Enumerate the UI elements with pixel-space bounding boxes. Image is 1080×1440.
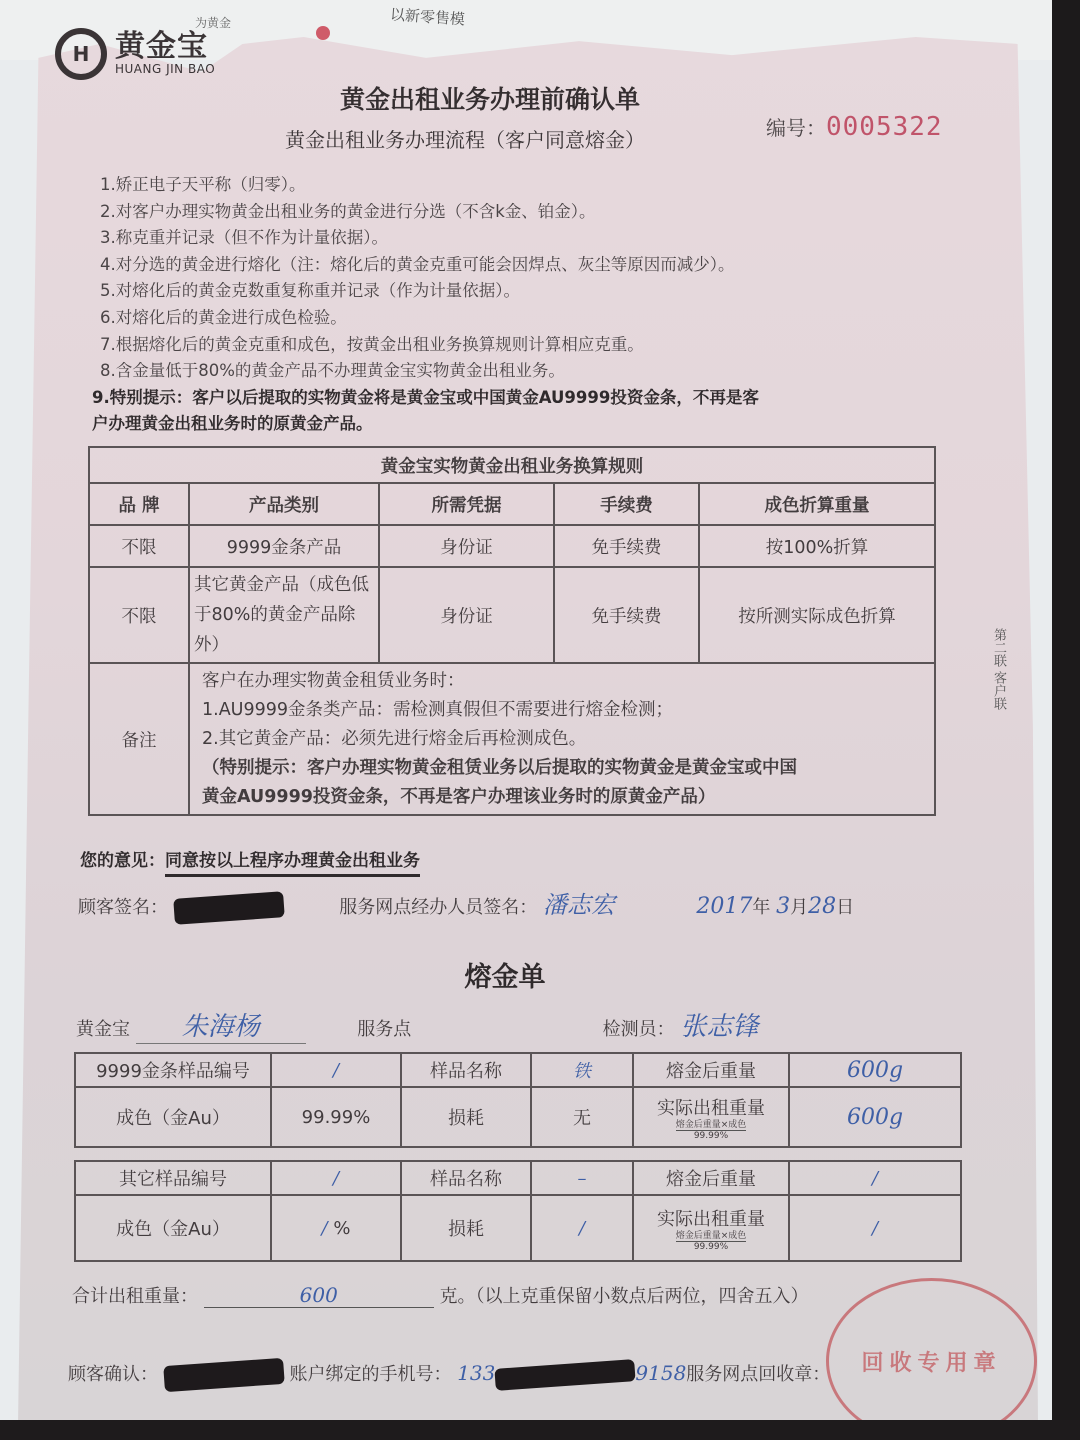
serial-value: 0005322	[826, 112, 943, 142]
stamp-label: 服务网点回收章：	[686, 1364, 830, 1385]
cell: /	[271, 1053, 401, 1087]
note-special-cont: 黄金AU9999投资金条，不再是客户办理该业务时的原黄金产品）	[202, 783, 930, 812]
pin-mark	[316, 26, 330, 40]
percent-unit: %	[333, 1218, 350, 1239]
header-cell: 成色折算重量	[699, 483, 935, 525]
opinion-text: 同意按以上程序办理黄金出租业务	[165, 851, 420, 877]
actual-weight-label: 实际出租重量	[636, 1094, 786, 1120]
cell: 600g	[789, 1087, 961, 1147]
step-item: 5.对熔化后的黄金克数重复称重并记录（作为计量依据）。	[100, 278, 759, 305]
redacted-signature	[173, 891, 285, 925]
header-cell: 产品类别	[189, 483, 379, 525]
total-value: 600	[204, 1283, 434, 1308]
service-point-label: 服务点	[357, 1019, 411, 1040]
table-header-row: 品 牌 产品类别 所需凭据 手续费 成色折算重量	[89, 483, 935, 525]
formula-denominator: 99.99%	[636, 1242, 786, 1252]
conversion-rules-table: 黄金宝实物黄金出租业务换算规则 品 牌 产品类别 所需凭据 手续费 成色折算重量…	[88, 446, 936, 816]
cell: 成色（金Au）	[75, 1087, 271, 1147]
special-notice-cont: 户办理黄金出租业务时的原黄金产品。	[92, 411, 759, 438]
cell: 99.99%	[271, 1087, 401, 1147]
total-suffix: 克。（以上克重保留小数点后两位，四舍五入）	[439, 1286, 808, 1307]
logo-icon: H	[55, 28, 107, 80]
cell: 身份证	[379, 525, 554, 567]
cell: 成色（金Au）	[75, 1195, 271, 1261]
special-notice: 9.特别提示：客户以后提取的实物黄金将是黄金宝或中国黄金AU9999投资金条，不…	[92, 385, 759, 412]
customer-confirmation: 顾客确认： 账户绑定的手机号： 1339158服务网点回收章：	[68, 1360, 830, 1388]
step-item: 8.含金量低于80%的黄金产品不办理黄金宝实物黄金出租业务。	[100, 358, 759, 385]
actual-weight-label: 实际出租重量	[636, 1205, 786, 1231]
cell: 实际出租重量 熔金后重量×成色 99.99%	[633, 1087, 789, 1147]
signature-line: 顾客签名： 服务网点经办人员签名： 潘志宏 2017年 3月28日	[78, 885, 854, 921]
notes-row: 备注 客户在办理实物黄金租赁业务时： 1.AU9999金条类产品：需检测真假但不…	[89, 663, 935, 815]
cell: 损耗	[401, 1195, 531, 1261]
confirm-label: 顾客确认：	[68, 1364, 158, 1385]
note-special: （特别提示：客户办理实物黄金租赁业务以后提取的实物黄金是黄金宝或中国	[202, 754, 930, 783]
cell: 不限	[89, 567, 189, 663]
step-item: 4.对分选的黄金进行熔化（注：熔化后的黄金克重可能会因焊点、灰尘等原因而减少）。	[100, 252, 759, 279]
table-row: 成色（金Au） / % 损耗 / 实际出租重量 熔金后重量×成色 99.99% …	[75, 1195, 961, 1261]
cell: 样品名称	[401, 1161, 531, 1195]
step-item: 6.对熔化后的黄金进行成色检验。	[100, 305, 759, 332]
step-item: 1.矫正电子天平称（归零）。	[100, 172, 759, 199]
process-steps: 1.矫正电子天平称（归零）。 2.对客户办理实物黄金出租业务的黄金进行分选（不含…	[100, 172, 759, 438]
staff-signature: 潘志宏	[543, 891, 615, 919]
melt-table-other: 其它样品编号 / 样品名称 – 熔金后重量 / 成色（金Au） / % 损耗 /…	[74, 1160, 962, 1262]
cell: /	[789, 1161, 961, 1195]
formula: 熔金后重量×成色 99.99%	[636, 1120, 786, 1141]
cell: / %	[271, 1195, 401, 1261]
formula-numerator: 熔金后重量×成色	[676, 1231, 747, 1242]
cell: 身份证	[379, 567, 554, 663]
document-subtitle: 黄金出租业务办理流程（客户同意熔金）	[285, 124, 645, 153]
melt-table-9999: 9999金条样品编号 / 样品名称 铁 熔金后重量 600g 成色（金Au） 9…	[74, 1052, 962, 1148]
recycling-stamp: 回收专用章	[826, 1278, 1037, 1440]
cell: 按100%折算	[699, 525, 935, 567]
document-title: 黄金出租业务办理前确认单	[0, 80, 980, 116]
table-row: 9999金条样品编号 / 样品名称 铁 熔金后重量 600g	[75, 1053, 961, 1087]
melt-form-info: 黄金宝 朱海杨 服务点 检测员： 张志锋	[76, 1006, 758, 1044]
cell: 9999金条产品	[189, 525, 379, 567]
phone-label: 账户绑定的手机号：	[289, 1364, 451, 1385]
total-label: 合计出租重量：	[72, 1286, 198, 1307]
inspector-label: 检测员：	[603, 1019, 675, 1040]
cell: 600g	[789, 1053, 961, 1087]
cell: 铁	[531, 1053, 633, 1087]
total-rental-weight: 合计出租重量： 600 克。（以上克重保留小数点后两位，四舍五入）	[72, 1282, 808, 1308]
redacted-phone	[495, 1359, 636, 1391]
date-year: 2017	[696, 894, 752, 919]
melt-form-title: 熔金单	[0, 955, 1010, 994]
step-item: 3.称克重并记录（但不作为计量依据）。	[100, 225, 759, 252]
brand-name-cn: 黄金宝	[115, 32, 215, 62]
table-row: 成色（金Au） 99.99% 损耗 无 实际出租重量 熔金后重量×成色 99.9…	[75, 1087, 961, 1147]
serial-label: 编号：	[766, 116, 826, 140]
cell: –	[531, 1161, 633, 1195]
notes-content: 客户在办理实物黄金租赁业务时： 1.AU9999金条类产品：需检测真假但不需要进…	[189, 663, 935, 815]
table-row: 不限 其它黄金产品（成色低于80%的黄金产品除外） 身份证 免手续费 按所测实际…	[89, 567, 935, 663]
bottom-shadow	[0, 1420, 1080, 1440]
cell: 熔金后重量	[633, 1161, 789, 1195]
cell: 免手续费	[554, 525, 699, 567]
purity-value: /	[322, 1218, 328, 1239]
table-caption: 黄金宝实物黄金出租业务换算规则	[89, 447, 935, 483]
month-char: 月	[790, 897, 808, 918]
opinion-label: 您的意见：	[80, 851, 165, 871]
cell: 损耗	[401, 1087, 531, 1147]
redacted-signature	[163, 1358, 285, 1392]
cell: 按所测实际成色折算	[699, 567, 935, 663]
table-row: 其它样品编号 / 样品名称 – 熔金后重量 /	[75, 1161, 961, 1195]
note-line: 1.AU9999金条类产品：需检测真假但不需要进行熔金检测；	[202, 696, 930, 725]
formula-numerator: 熔金后重量×成色	[676, 1120, 747, 1131]
customer-opinion: 您的意见：同意按以上程序办理黄金出租业务	[80, 846, 420, 871]
formula: 熔金后重量×成色 99.99%	[636, 1231, 786, 1252]
customer-signature-label: 顾客签名：	[78, 897, 168, 918]
cell: 其它黄金产品（成色低于80%的黄金产品除外）	[189, 567, 379, 663]
date-month: 3	[776, 894, 790, 919]
copy-label: 第二联 客户联	[986, 628, 1006, 710]
cell: /	[271, 1161, 401, 1195]
header-cell: 品 牌	[89, 483, 189, 525]
dark-edge	[1052, 0, 1080, 1440]
phone-suffix: 9158	[635, 1361, 686, 1385]
cell: 不限	[89, 525, 189, 567]
brand-label: 黄金宝	[76, 1019, 130, 1040]
cell: 无	[531, 1087, 633, 1147]
step-item: 2.对客户办理实物黄金出租业务的黄金进行分选（不含k金、铂金）。	[100, 199, 759, 226]
brand-name-en: HUANG JIN BAO	[115, 62, 215, 76]
cell: 样品名称	[401, 1053, 531, 1087]
cell: 熔金后重量	[633, 1053, 789, 1087]
cell: 实际出租重量 熔金后重量×成色 99.99%	[633, 1195, 789, 1261]
date-day: 28	[808, 894, 836, 919]
note-line: 客户在办理实物黄金租赁业务时：	[202, 667, 930, 696]
notes-label: 备注	[89, 663, 189, 815]
brand-handwritten: 朱海杨	[136, 1006, 306, 1044]
year-char: 年	[752, 897, 770, 918]
formula-denominator: 99.99%	[636, 1131, 786, 1141]
note-line: 2.其它黄金产品：必须先进行熔金后再检测成色。	[202, 725, 930, 754]
inspector-handwritten: 张志锋	[680, 1012, 758, 1042]
cell: /	[531, 1195, 633, 1261]
table-row: 不限 9999金条产品 身份证 免手续费 按100%折算	[89, 525, 935, 567]
day-char: 日	[836, 897, 854, 918]
phone-prefix: 133	[457, 1361, 495, 1385]
header-cell: 所需凭据	[379, 483, 554, 525]
cell: 9999金条样品编号	[75, 1053, 271, 1087]
serial-number: 编号：0005322	[766, 112, 943, 142]
cell: 其它样品编号	[75, 1161, 271, 1195]
cell: 免手续费	[554, 567, 699, 663]
brand-logo: H 黄金宝 HUANG JIN BAO	[55, 28, 215, 80]
staff-signature-label: 服务网点经办人员签名：	[339, 897, 537, 918]
step-item: 7.根据熔化后的黄金克重和成色，按黄金出租业务换算规则计算相应克重。	[100, 332, 759, 359]
cell: /	[789, 1195, 961, 1261]
header-cell: 手续费	[554, 483, 699, 525]
